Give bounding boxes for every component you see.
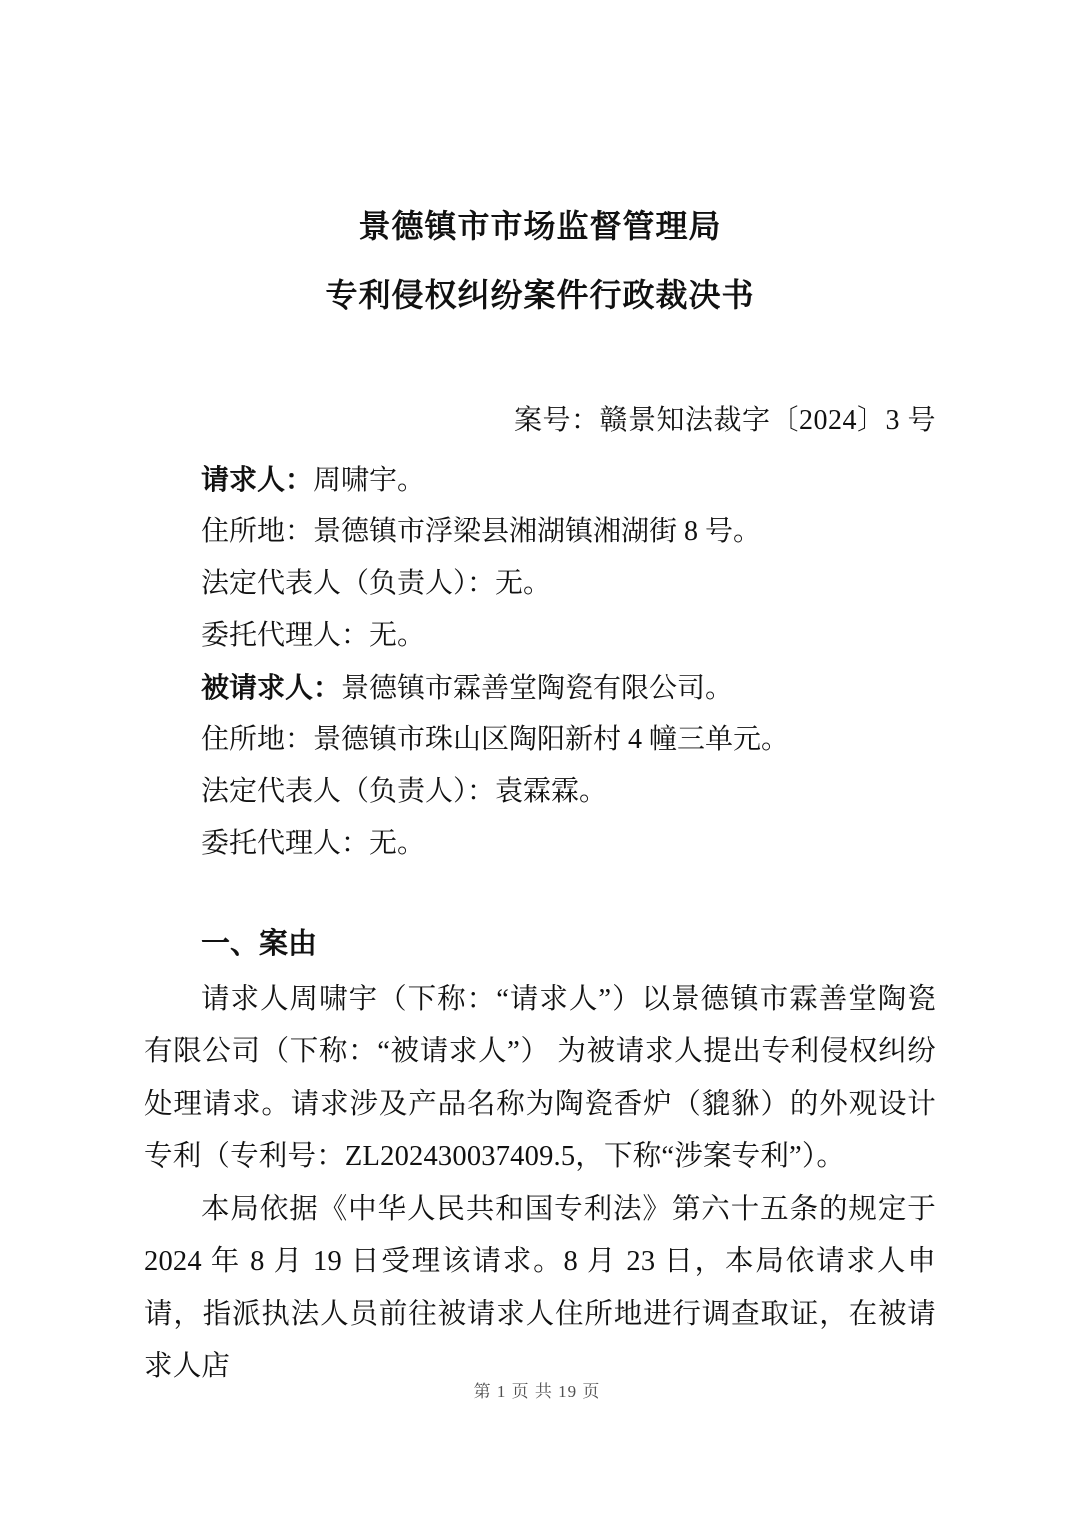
claimant-legal-representative: 法定代表人（负责人）：无。 bbox=[144, 558, 936, 610]
claimant-name: 周啸宇。 bbox=[313, 465, 425, 496]
page-footer: 第 1 页 共 19 页 bbox=[0, 1383, 1074, 1400]
title-line-document-type: 专利侵权纠纷案件行政裁决书 bbox=[144, 279, 936, 313]
claimant-agent: 委托代理人：无。 bbox=[144, 610, 936, 662]
paragraph-case-acceptance: 本局依据《中华人民共和国专利法》第六十五条的规定于 2024 年 8 月 19 … bbox=[144, 1184, 936, 1394]
ruling-document-page: 景德镇市市场监督管理局 专利侵权纠纷案件行政裁决书 案号：赣景知法裁字〔2024… bbox=[0, 0, 1074, 1520]
respondent-name: 景德镇市霖善堂陶瓷有限公司。 bbox=[341, 673, 733, 704]
claimant-address: 住所地：景德镇市浮梁县湘湖镇湘湖街 8 号。 bbox=[144, 506, 936, 558]
case-number: 案号：赣景知法裁字〔2024〕3 号 bbox=[144, 407, 936, 435]
claimant-line: 请求人：周啸宇。 bbox=[144, 454, 936, 506]
document-content: 景德镇市市场监督管理局 专利侵权纠纷案件行政裁决书 案号：赣景知法裁字〔2024… bbox=[0, 0, 1074, 1394]
respondent-label: 被请求人： bbox=[201, 672, 341, 703]
respondent-address: 住所地：景德镇市珠山区陶阳新村 4 幢三单元。 bbox=[144, 714, 936, 766]
claimant-label: 请求人： bbox=[201, 464, 313, 495]
section-heading-case-cause: 一、案由 bbox=[144, 929, 936, 961]
title-line-authority: 景德镇市市场监督管理局 bbox=[144, 210, 936, 244]
paragraph-case-request: 请求人周啸宇（下称：“请求人”）以景德镇市霖善堂陶瓷有限公司（下称：“被请求人”… bbox=[144, 974, 936, 1184]
document-title: 景德镇市市场监督管理局 专利侵权纠纷案件行政裁决书 bbox=[144, 0, 936, 313]
page-number-indicator: 第 1 页 共 19 页 bbox=[474, 1382, 601, 1401]
section-case-cause: 一、案由 请求人周啸宇（下称：“请求人”）以景德镇市霖善堂陶瓷有限公司（下称：“… bbox=[144, 929, 936, 1394]
respondent-agent: 委托代理人：无。 bbox=[144, 818, 936, 870]
parties-section: 请求人：周啸宇。 住所地：景德镇市浮梁县湘湖镇湘湖街 8 号。 法定代表人（负责… bbox=[144, 454, 936, 870]
respondent-legal-representative: 法定代表人（负责人）：袁霖霖。 bbox=[144, 766, 936, 818]
respondent-line: 被请求人：景德镇市霖善堂陶瓷有限公司。 bbox=[144, 662, 936, 714]
